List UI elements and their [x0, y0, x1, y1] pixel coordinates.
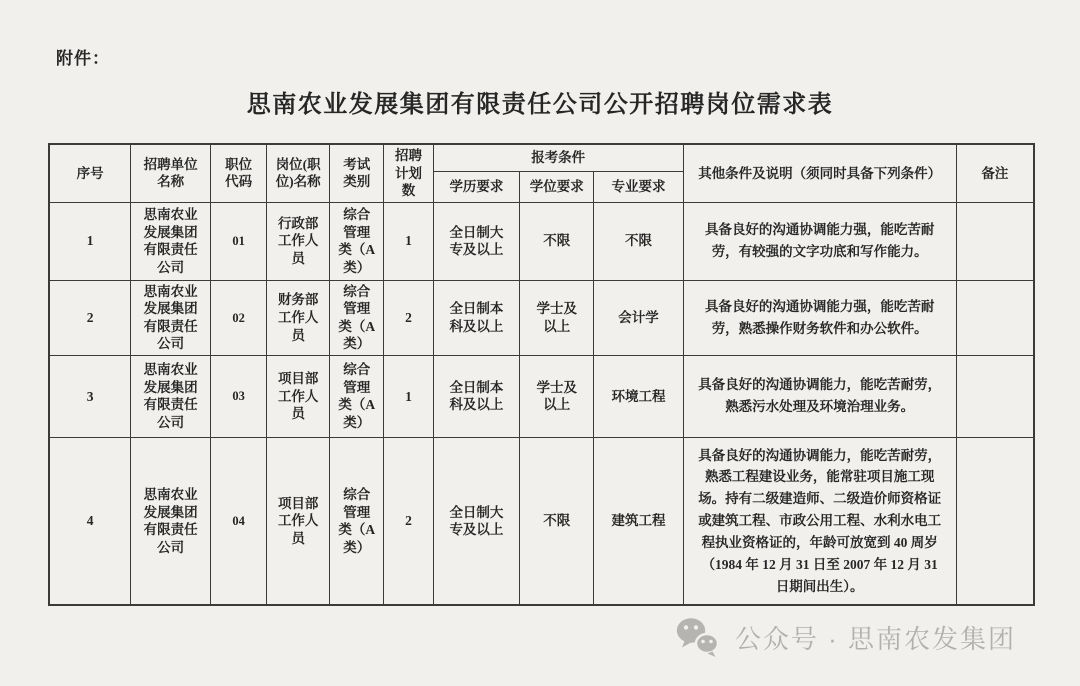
cell-remark [956, 202, 1034, 280]
cell-degree: 不限 [520, 437, 594, 605]
cell-plan: 1 [384, 202, 433, 280]
cell-major: 环境工程 [594, 355, 684, 437]
cell-plan: 2 [384, 437, 433, 605]
header-remark: 备注 [956, 144, 1034, 202]
cell-exam: 综合 管理 类（A 类） [330, 202, 384, 280]
cell-seq: 2 [49, 280, 131, 355]
header-other: 其他条件及说明（须同时具备下列条件） [683, 144, 956, 202]
cell-exam: 综合 管理 类（A 类） [330, 280, 384, 355]
header-apply-conditions: 报考条件 [433, 144, 683, 171]
cell-remark [956, 280, 1034, 355]
cell-other: 具备良好的沟通协调能力强，能吃苦耐劳，有较强的文字功底和写作能力。 [683, 202, 956, 280]
header-post: 岗位(职 位)名称 [267, 144, 330, 202]
table-row: 1 思南农业 发展集团 有限责任 公司 01 行政部 工作人 员 综合 管理 类… [49, 202, 1034, 280]
wechat-account-footer: 公众号 · 思南农发集团 [675, 616, 1016, 658]
wechat-icon [675, 616, 721, 658]
cell-degree: 学士及 以上 [520, 280, 594, 355]
cell-edu: 全日制大 专及以上 [433, 437, 520, 605]
cell-degree: 不限 [520, 202, 594, 280]
cell-edu: 全日制本 科及以上 [433, 355, 520, 437]
header-exam: 考试 类别 [330, 144, 384, 202]
table-row: 2 思南农业 发展集团 有限责任 公司 02 财务部 工作人 员 综合 管理 类… [49, 280, 1034, 355]
wechat-account-text: 公众号 · 思南农发集团 [735, 619, 1016, 656]
cell-edu: 全日制大 专及以上 [433, 202, 520, 280]
cell-seq: 3 [49, 355, 131, 437]
cell-unit: 思南农业 发展集团 有限责任 公司 [131, 202, 211, 280]
cell-major: 会计学 [594, 280, 684, 355]
header-edu: 学历要求 [433, 171, 520, 202]
cell-seq: 1 [49, 202, 131, 280]
cell-other: 具备良好的沟通协调能力强，能吃苦耐劳，熟悉操作财务软件和办公软件。 [683, 280, 956, 355]
cell-other: 具备良好的沟通协调能力，能吃苦耐劳，熟悉工程建设业务，能常驻项目施工现场。持有二… [683, 437, 956, 605]
cell-code: 02 [211, 280, 267, 355]
recruitment-table: 序号 招聘单位 名称 职位 代码 岗位(职 位)名称 考试 类别 招聘 计划 数… [48, 143, 1035, 606]
header-seq: 序号 [49, 144, 131, 202]
table-row: 4 思南农业 发展集团 有限责任 公司 04 项目部 工作人 员 综合 管理 类… [49, 437, 1034, 605]
header-code: 职位 代码 [211, 144, 267, 202]
cell-exam: 综合 管理 类（A 类） [330, 355, 384, 437]
header-unit: 招聘单位 名称 [131, 144, 211, 202]
cell-unit: 思南农业 发展集团 有限责任 公司 [131, 437, 211, 605]
cell-exam: 综合 管理 类（A 类） [330, 437, 384, 605]
table-row: 3 思南农业 发展集团 有限责任 公司 03 项目部 工作人 员 综合 管理 类… [49, 355, 1034, 437]
cell-remark [956, 437, 1034, 605]
cell-post: 行政部 工作人 员 [267, 202, 330, 280]
cell-plan: 1 [384, 355, 433, 437]
cell-major: 不限 [594, 202, 684, 280]
cell-edu: 全日制本 科及以上 [433, 280, 520, 355]
cell-code: 01 [211, 202, 267, 280]
attachment-label: 附件： [56, 44, 110, 69]
cell-unit: 思南农业 发展集团 有限责任 公司 [131, 355, 211, 437]
cell-major: 建筑工程 [594, 437, 684, 605]
cell-code: 03 [211, 355, 267, 437]
cell-remark [956, 355, 1034, 437]
header-degree: 学位要求 [520, 171, 594, 202]
cell-unit: 思南农业 发展集团 有限责任 公司 [131, 280, 211, 355]
header-plan: 招聘 计划 数 [384, 144, 433, 202]
header-major: 专业要求 [594, 171, 684, 202]
cell-other: 具备良好的沟通协调能力，能吃苦耐劳，熟悉污水处理及环境治理业务。 [683, 355, 956, 437]
cell-degree: 学士及 以上 [520, 355, 594, 437]
cell-post: 项目部 工作人 员 [267, 355, 330, 437]
cell-code: 04 [211, 437, 267, 605]
cell-post: 财务部 工作人 员 [267, 280, 330, 355]
page-title: 思南农业发展集团有限责任公司公开招聘岗位需求表 [0, 84, 1080, 119]
cell-plan: 2 [384, 280, 433, 355]
cell-post: 项目部 工作人 员 [267, 437, 330, 605]
cell-seq: 4 [49, 437, 131, 605]
